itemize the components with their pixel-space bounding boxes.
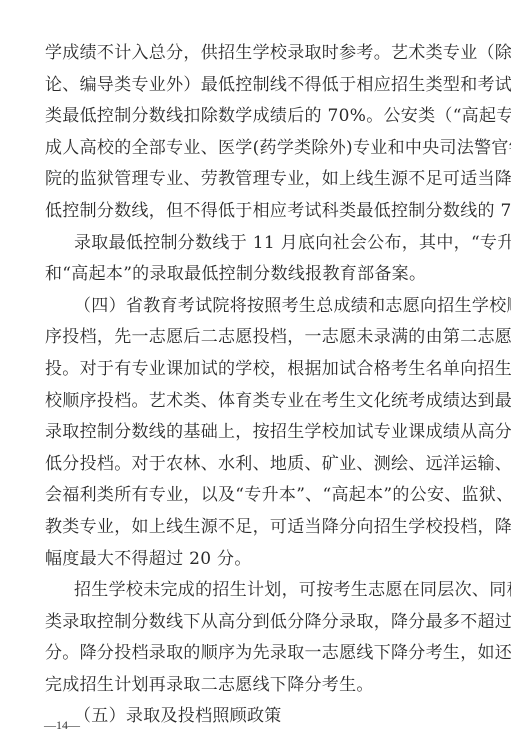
text-line: 录取控制分数线的基础上，按招生学校加试专业课成绩从高分到 [45,417,467,449]
text-line: 教类专业，如上线生源不足，可适当降分向招生学校投档，降分 [45,512,467,544]
text-line: 幅度最大不得超过 20 分。 [45,544,467,576]
text-line: 院的监狱管理专业、劳教管理专业，如上线生源不足可适当降低最 [45,164,467,196]
text-line: 分。降分投档录取的顺序为先录取一志愿线下降分考生，如还未 [45,638,467,670]
text-line: 类最低控制分数线扣除数学成绩后的 70%。公安类（“高起专”） [45,101,467,133]
paragraph-start: 录取最低控制分数线于 11 月底向社会公布，其中，“专升本” [45,228,467,260]
text-line: 学成绩不计入总分，供招生学校录取时参考。艺术类专业（除史 [45,38,467,70]
section-four-start: （四）省教育考试院将按照考生总成绩和志愿向招生学校顺 [45,291,467,323]
text-line: 完成招生计划再录取二志愿线下降分考生。 [45,670,467,702]
text-line: 序投档，先一志愿后二志愿投档，一志愿未录满的由第二志愿补 [45,322,467,354]
text-line: 成人高校的全部专业、医学(药学类除外)专业和中央司法警官学 [45,133,467,165]
text-line: 和“高起本”的录取最低控制分数线报教育部备案。 [45,259,467,291]
document-body: 学成绩不计入总分，供招生学校录取时参考。艺术类专业（除史 论、编导类专业外）最低… [45,38,467,733]
section-five-heading: （五）录取及投档照顾政策 [45,701,467,733]
text-line: 低控制分数线，但不得低于相应考试科类最低控制分数线的 70%。 [45,196,467,228]
paragraph-start: 招生学校未完成的招生计划，可按考生志愿在同层次、同科 [45,575,467,607]
text-line: 类录取控制分数线下从高分到低分降分录取，降分最多不超过 20 [45,607,467,639]
text-line: 投。对于有专业课加试的学校，根据加试合格考生名单向招生学 [45,354,467,386]
text-line: 低分投档。对于农林、水利、地质、矿业、测绘、远洋运输、社 [45,449,467,481]
text-line: 论、编导类专业外）最低控制线不得低于相应招生类型和考试科 [45,70,467,102]
text-line: 会福利类所有专业，以及“专升本”、“高起本”的公安、监狱、劳 [45,480,467,512]
text-line: 校顺序投档。艺术类、体育类专业在考生文化统考成绩达到最低 [45,386,467,418]
page-number: —14— [44,718,80,733]
